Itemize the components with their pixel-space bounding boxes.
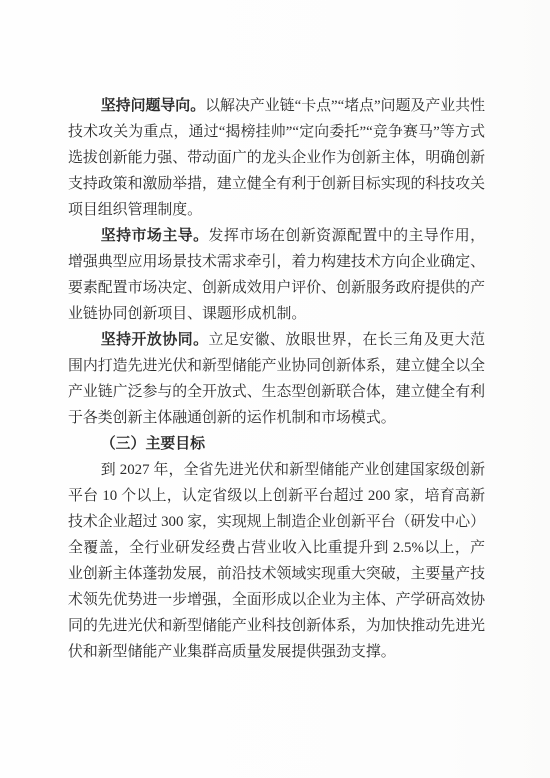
paragraph-text-problem-oriented: 以解决产业链“卡点”“堵点”问题及产业共性技术攻关为重点，通过“揭榜挂帅”“定向… xyxy=(68,98,485,218)
paragraph-lead-open-collaboration: 坚持开放协同。 xyxy=(101,332,209,348)
paragraph-problem-oriented: 坚持问题导向。以解决产业链“卡点”“堵点”问题及产业共性技术攻关为重点，通过“揭… xyxy=(68,93,485,223)
section-heading-main-goals: （三）主要目标 xyxy=(68,431,485,457)
paragraph-open-collaboration: 坚持开放协同。立足安徽、放眼世界，在长三角及更大范围内打造先进光伏和新型储能产业… xyxy=(68,327,485,431)
document-page: 坚持问题导向。以解决产业链“卡点”“堵点”问题及产业共性技术攻关为重点，通过“揭… xyxy=(0,0,550,778)
document-body: 坚持问题导向。以解决产业链“卡点”“堵点”问题及产业共性技术攻关为重点，通过“揭… xyxy=(68,93,485,665)
section-heading-text: （三）主要目标 xyxy=(101,436,205,452)
paragraph-lead-market-led: 坚持市场主导。 xyxy=(101,228,209,244)
paragraph-text-goals-2027: 到 2027 年，全省先进光伏和新型储能产业创建国家级创新平台 10 个以上，认… xyxy=(68,462,485,660)
paragraph-lead-problem-oriented: 坚持问题导向。 xyxy=(101,98,205,114)
paragraph-goals-2027: 到 2027 年，全省先进光伏和新型储能产业创建国家级创新平台 10 个以上，认… xyxy=(68,457,485,665)
paragraph-market-led: 坚持市场主导。发挥市场在创新资源配置中的主导作用，增强典型应用场景技术需求牵引，… xyxy=(68,223,485,327)
